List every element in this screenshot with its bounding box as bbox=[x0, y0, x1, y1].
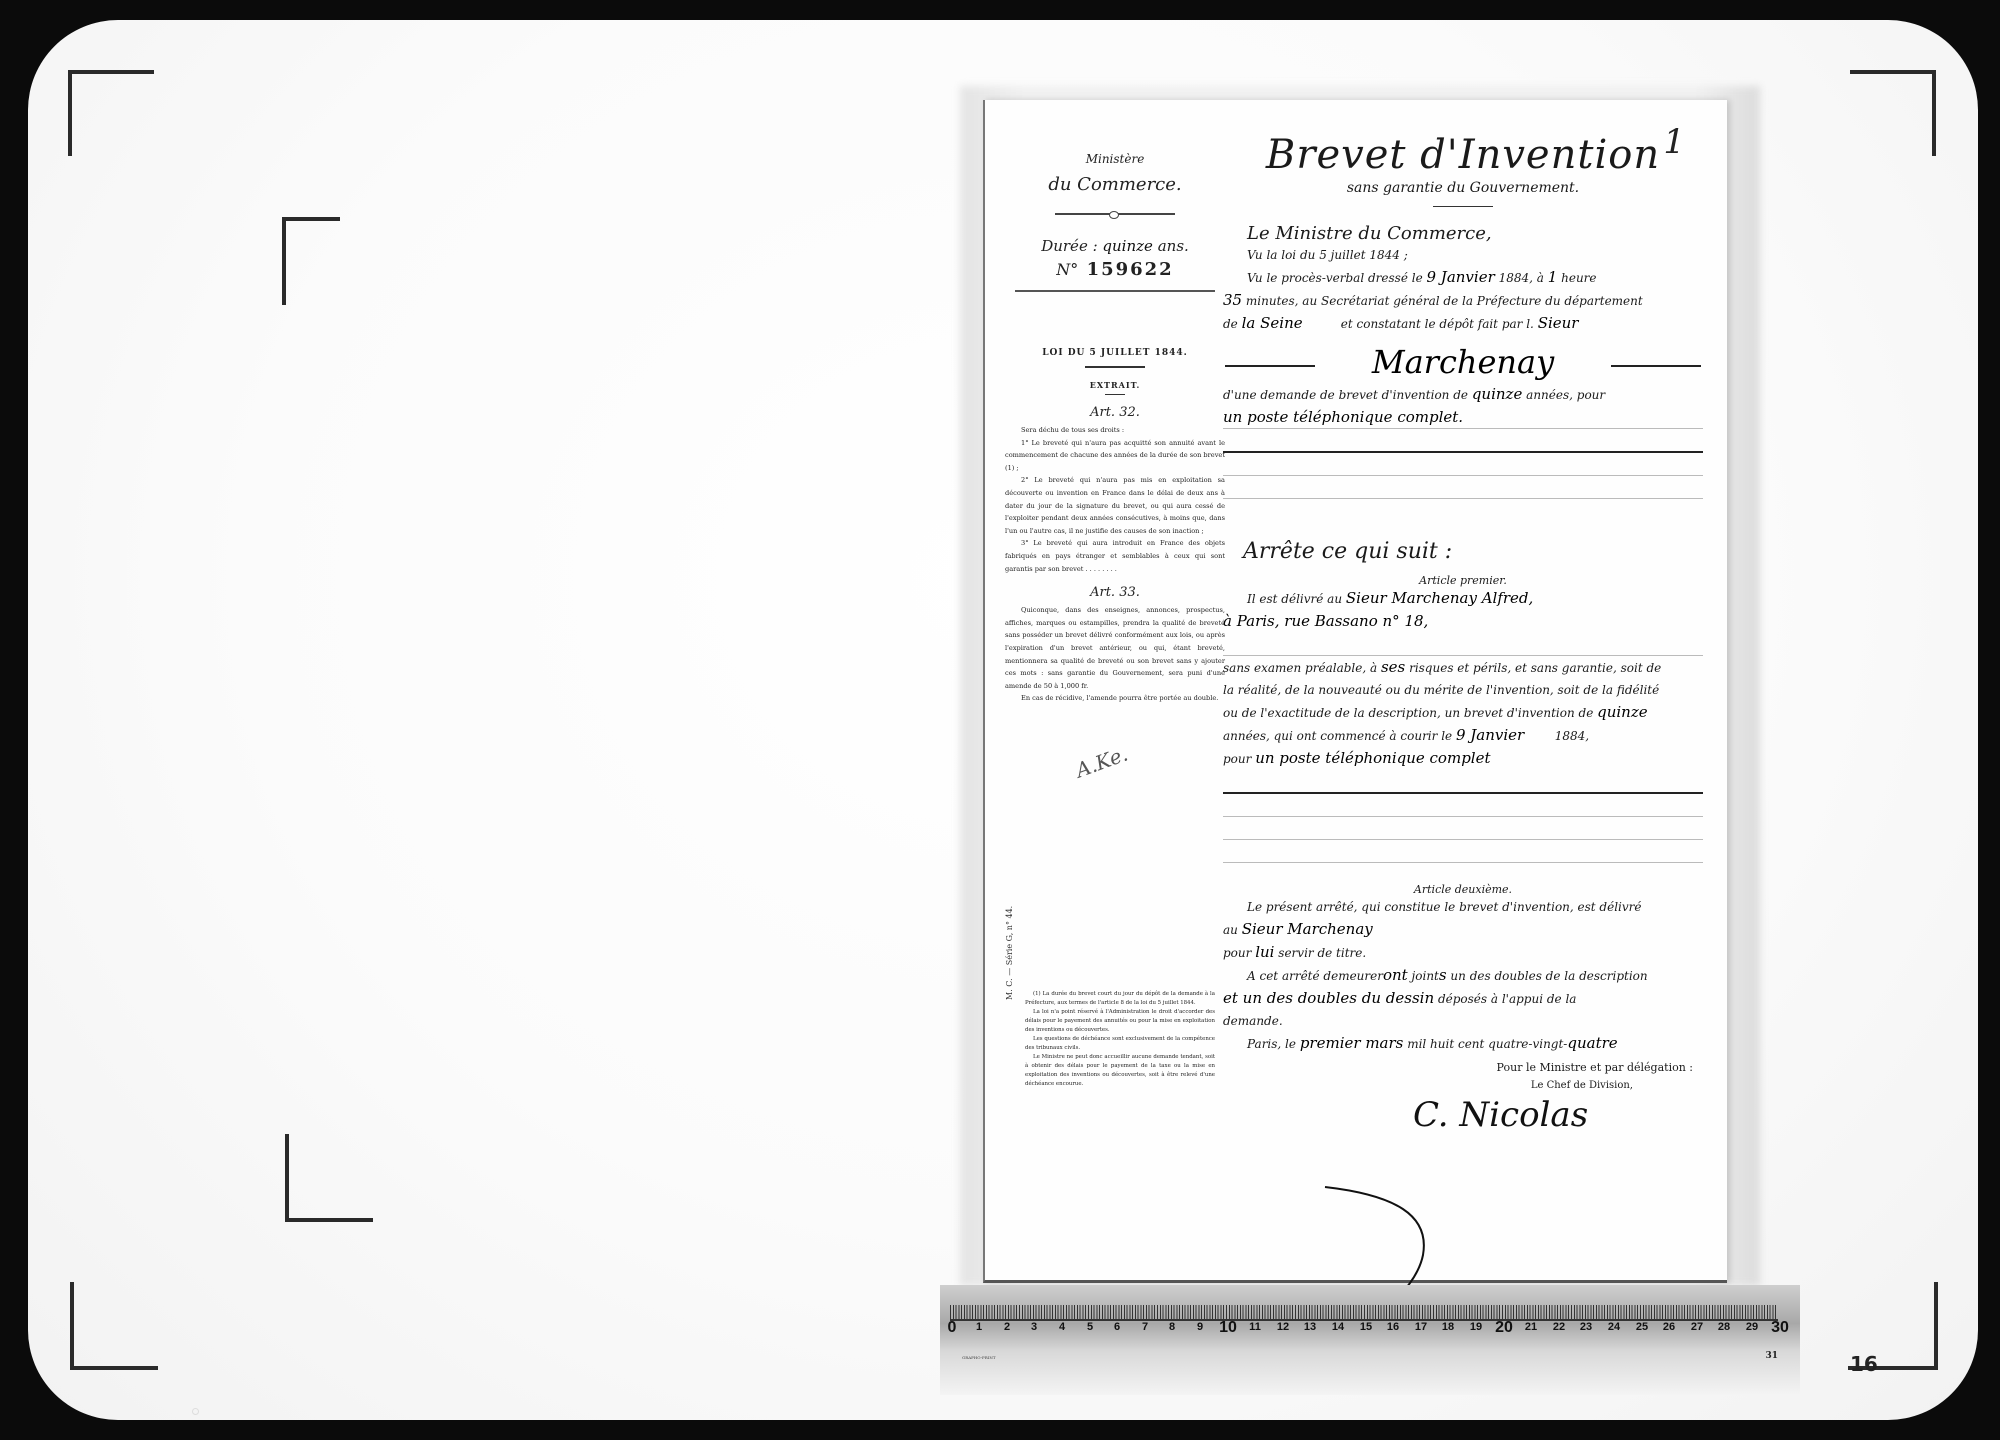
ornamental-rule bbox=[1055, 213, 1175, 215]
depot-text: et constatant le dépôt fait par l. bbox=[1341, 317, 1534, 331]
signature: C. Nicolas bbox=[1413, 1095, 1703, 1135]
ruler-tick-label: 28 bbox=[1718, 1321, 1730, 1333]
article1-heading: Article premier. bbox=[1223, 574, 1703, 587]
ruler-tick-label: 30 bbox=[1771, 1319, 1789, 1337]
art1-date: 9 Janvier bbox=[1456, 726, 1524, 744]
art1-text: ou de l'exactitude de la description, un… bbox=[1223, 706, 1593, 720]
art2-s: s bbox=[1439, 966, 1447, 984]
ruler-tick-label: 8 bbox=[1169, 1321, 1175, 1333]
ruler-tick-label: 12 bbox=[1277, 1321, 1289, 1333]
ruler-tick-label: 21 bbox=[1525, 1321, 1537, 1333]
art2-text: A cet arrêté demeurer bbox=[1247, 969, 1383, 983]
delivre-line: Il est délivré au Sieur Marchenay Alfred… bbox=[1223, 587, 1703, 610]
vu-loi-line: Vu la loi du 5 juillet 1844 ; bbox=[1223, 244, 1703, 266]
numero-label: N° bbox=[1056, 260, 1078, 279]
patent-document: 1 Ministère du Commerce. Durée : quinze … bbox=[983, 100, 1727, 1283]
art2-line-6: demande. bbox=[1223, 1010, 1703, 1032]
pv-year: 1884, à bbox=[1499, 271, 1544, 285]
art1-line-2: la réalité, de la nouveauté ou du mérite… bbox=[1223, 679, 1703, 701]
demande-line: d'une demande de brevet d'invention de q… bbox=[1223, 383, 1703, 406]
art2-line-1: Le présent arrêté, qui constitue le brev… bbox=[1223, 896, 1703, 918]
ruler-tick-label: 17 bbox=[1415, 1321, 1427, 1333]
ruler-tick-label: 0 bbox=[948, 1319, 957, 1337]
divider bbox=[1085, 366, 1145, 368]
address-line: à Paris, rue Bassano n° 18, bbox=[1223, 610, 1703, 633]
ruler-numbers: 0 1 2 3 4 5 6 7 8 9 10 11 12 13 14 15 16… bbox=[940, 1321, 1800, 1341]
demande-suffix: années, pour bbox=[1526, 388, 1605, 402]
art33-title: Art. 33. bbox=[1005, 585, 1225, 600]
art2-pour: pour bbox=[1223, 946, 1251, 960]
article2-heading: Article deuxième. bbox=[1223, 883, 1703, 896]
ruler-tick-label: 11 bbox=[1249, 1321, 1261, 1333]
ruler-tick-label: 10 bbox=[1219, 1319, 1237, 1337]
blank-ruled-line bbox=[1223, 794, 1703, 817]
ruler-tick-label: 26 bbox=[1663, 1321, 1675, 1333]
invention-line: un poste téléphonique complet. bbox=[1223, 406, 1703, 429]
blank-ruled-line bbox=[1223, 817, 1703, 840]
art2-doubles: un des doubles de la description bbox=[1450, 969, 1647, 983]
ruler-tick-label: 13 bbox=[1304, 1321, 1316, 1333]
applicant-address: à Paris, rue Bassano n° 18, bbox=[1223, 612, 1428, 630]
applicant-name: Marchenay bbox=[1223, 343, 1703, 381]
ruler-tick-label: 19 bbox=[1470, 1321, 1482, 1333]
handwritten-initials: A.Ke. bbox=[1073, 742, 1131, 783]
blank-ruled-line bbox=[1223, 633, 1703, 656]
measuring-ruler: 0 1 2 3 4 5 6 7 8 9 10 11 12 13 14 15 16… bbox=[940, 1285, 1800, 1395]
law-paragraph: 2° Le breveté qui n'aura pas mis en expl… bbox=[1005, 474, 1225, 537]
left-column: Ministère du Commerce. Durée : quinze an… bbox=[1005, 140, 1225, 705]
demande-years: quinze bbox=[1472, 385, 1523, 403]
footnotes: (1) La durée du brevet court du jour du … bbox=[1025, 990, 1215, 1089]
arrete-heading: Arrête ce qui suit : bbox=[1243, 539, 1703, 564]
art1-ses: ses bbox=[1381, 658, 1405, 676]
main-column: Brevet d'Invention sans garantie du Gouv… bbox=[1223, 120, 1703, 1135]
duree-label: Durée : bbox=[1041, 237, 1097, 255]
art2-dessin: et un des doubles du dessin bbox=[1223, 989, 1434, 1007]
ruler-tick-label: 1 bbox=[976, 1321, 982, 1333]
registration-mark-outer-top-left bbox=[68, 70, 154, 156]
pv-minutes: 35 bbox=[1223, 291, 1242, 309]
pour-ministre: Pour le Ministre et par délégation : bbox=[1223, 1061, 1703, 1074]
law-paragraph: Sera déchu de tous ses droits : bbox=[1005, 424, 1225, 437]
ruler-tick-label: 4 bbox=[1059, 1321, 1065, 1333]
art2-joint: joint bbox=[1412, 969, 1439, 983]
ruler-tick-label: 29 bbox=[1746, 1321, 1758, 1333]
ruler-tick-label: 22 bbox=[1553, 1321, 1565, 1333]
art33-text: Quiconque, dans des enseignes, annonces,… bbox=[1005, 604, 1225, 705]
ruler-tick-label: 7 bbox=[1142, 1321, 1148, 1333]
extrait-heading: EXTRAIT. bbox=[1005, 380, 1225, 390]
art2-lui: lui bbox=[1255, 943, 1274, 961]
art2-name: Sieur Marchenay bbox=[1242, 920, 1373, 938]
delivre-prefix: Il est délivré au bbox=[1247, 592, 1342, 606]
ruler-maker-label: GRAPHO-PRINT bbox=[962, 1355, 996, 1360]
invention-title: un poste téléphonique complet. bbox=[1223, 408, 1463, 426]
blank-ruled-line bbox=[1223, 476, 1703, 499]
blank-ruled-line bbox=[1223, 429, 1703, 453]
ruler-tick-label: 15 bbox=[1360, 1321, 1372, 1333]
art2-line-5: et un des doubles du dessin déposés à l'… bbox=[1223, 987, 1703, 1010]
ruler-tick-label: 5 bbox=[1087, 1321, 1093, 1333]
ruler-end-mark: 31 bbox=[1765, 1351, 1778, 1361]
date-day-month: premier mars bbox=[1300, 1034, 1404, 1052]
art1-text: risques et périls, et sans garantie, soi… bbox=[1409, 661, 1661, 675]
art1-line-1: sans examen préalable, à ses risques et … bbox=[1223, 656, 1703, 679]
date-prefix: Paris, le bbox=[1247, 1037, 1296, 1051]
departement-line: de la Seine et constatant le dépôt fait … bbox=[1223, 312, 1703, 335]
art2-au: au bbox=[1223, 923, 1238, 937]
document-title: Brevet d'Invention bbox=[1223, 132, 1703, 178]
law-paragraph: Quiconque, dans des enseignes, annonces,… bbox=[1005, 604, 1225, 692]
ruler-tick-label: 2 bbox=[1004, 1321, 1010, 1333]
ruler-tick-label: 23 bbox=[1580, 1321, 1592, 1333]
date-text: mil huit cent quatre-vingt- bbox=[1407, 1037, 1567, 1051]
art1-year: 1884, bbox=[1555, 729, 1589, 743]
chef-division: Le Chef de Division, bbox=[1223, 1080, 1703, 1091]
pv-hour: 1 bbox=[1548, 268, 1558, 286]
date-line: Paris, le premier mars mil huit cent qua… bbox=[1223, 1032, 1703, 1055]
blank-ruled-line bbox=[1223, 770, 1703, 794]
law-paragraph: 3° Le breveté qui aura introduit en Fran… bbox=[1005, 537, 1225, 575]
duree-value: quinze bbox=[1102, 237, 1153, 255]
duree-field: Durée : quinze ans. bbox=[1005, 237, 1225, 255]
registration-mark-inner-top-left bbox=[282, 217, 340, 305]
blank-ruled-line bbox=[1223, 840, 1703, 863]
ruler-tick-label: 14 bbox=[1332, 1321, 1344, 1333]
ruler-tick-label: 20 bbox=[1495, 1319, 1513, 1337]
art1-years: quinze bbox=[1597, 703, 1648, 721]
date-year: quatre bbox=[1567, 1034, 1617, 1052]
art1-line-5: pour un poste téléphonique complet bbox=[1223, 747, 1703, 770]
pv-date: 9 Janvier bbox=[1427, 268, 1495, 286]
art1-invention: un poste téléphonique complet bbox=[1255, 749, 1490, 767]
art1-text: années, qui ont commencé à courir le bbox=[1223, 729, 1452, 743]
ruler-ticks bbox=[950, 1305, 1778, 1321]
numero-value: 159622 bbox=[1087, 259, 1174, 280]
footnote-paragraph: Les questions de déchéance sont exclusiv… bbox=[1025, 1035, 1215, 1053]
proces-verbal-line: Vu le procès-verbal dressé le 9 Janvier … bbox=[1223, 266, 1703, 289]
art2-deposes: déposés à l'appui de la bbox=[1438, 992, 1577, 1006]
footnote-paragraph: La loi n'a point réservé à l'Administrat… bbox=[1025, 1008, 1215, 1035]
art1-text: sans examen préalable, à bbox=[1223, 661, 1377, 675]
duree-unit: ans. bbox=[1158, 237, 1189, 255]
pv-prefix: Vu le procès-verbal dressé le bbox=[1247, 271, 1423, 285]
sieur-label: Sieur bbox=[1538, 314, 1579, 332]
law-paragraph: En cas de récidive, l'amende pourra être… bbox=[1005, 692, 1225, 705]
commerce-label: du Commerce. bbox=[1005, 174, 1225, 195]
registration-mark-outer-top-right bbox=[1850, 70, 1936, 156]
law-paragraph: 1° Le breveté qui n'aura pas acquitté so… bbox=[1005, 437, 1225, 475]
art2-ont: ont bbox=[1383, 966, 1408, 984]
loi-title: LOI DU 5 JUILLET 1844. bbox=[1005, 348, 1225, 358]
registration-mark-inner-bottom-left bbox=[285, 1134, 373, 1222]
serie-reference: M. C. — Série G, n° 44. bbox=[1005, 906, 1014, 1000]
document-subtitle: sans garantie du Gouvernement. bbox=[1223, 180, 1703, 196]
ruler-tick-label: 6 bbox=[1114, 1321, 1120, 1333]
minutes-line: 35 minutes, au Secrétariat général de la… bbox=[1223, 289, 1703, 312]
footnote-paragraph: (1) La durée du brevet court du jour du … bbox=[1025, 990, 1215, 1008]
dust-speck bbox=[192, 1408, 199, 1415]
pv-minutes-text: minutes, au Secrétariat général de la Pr… bbox=[1246, 294, 1643, 308]
art2-servir: servir de titre. bbox=[1278, 946, 1366, 960]
departement-value: la Seine bbox=[1242, 314, 1303, 332]
art2-line-4: A cet arrêté demeureront joints un des d… bbox=[1223, 964, 1703, 987]
art2-line-3: pour lui servir de titre. bbox=[1223, 941, 1703, 964]
patent-number: N° 159622 bbox=[1005, 259, 1225, 280]
ruler-tick-label: 9 bbox=[1197, 1321, 1203, 1333]
art32-text: Sera déchu de tous ses droits : 1° Le br… bbox=[1005, 424, 1225, 575]
divider bbox=[1015, 290, 1215, 292]
registration-mark-outer-bottom-left bbox=[70, 1282, 158, 1370]
ruler-tick-label: 27 bbox=[1691, 1321, 1703, 1333]
ruler-tick-label: 18 bbox=[1442, 1321, 1454, 1333]
art1-line-4: années, qui ont commencé à courir le 9 J… bbox=[1223, 724, 1703, 747]
ruler-tick-label: 25 bbox=[1636, 1321, 1648, 1333]
de-label: de bbox=[1223, 317, 1238, 331]
art1-pour: pour bbox=[1223, 752, 1251, 766]
ministere-label: Ministère bbox=[1005, 152, 1225, 166]
footnote-paragraph: Le Ministre ne peut donc accueillir aucu… bbox=[1025, 1053, 1215, 1089]
ruler-tick-label: 24 bbox=[1608, 1321, 1620, 1333]
art32-title: Art. 32. bbox=[1005, 405, 1225, 420]
pv-hour-label: heure bbox=[1561, 271, 1596, 285]
plate-number: 16 bbox=[1850, 1352, 1878, 1376]
demande-text: d'une demande de brevet d'invention de bbox=[1223, 388, 1468, 402]
ruler-tick-label: 3 bbox=[1031, 1321, 1037, 1333]
art1-line-3: ou de l'exactitude de la description, un… bbox=[1223, 701, 1703, 724]
divider bbox=[1433, 206, 1493, 207]
divider bbox=[1105, 394, 1125, 395]
ruler-tick-label: 16 bbox=[1387, 1321, 1399, 1333]
minister-heading: Le Ministre du Commerce, bbox=[1247, 223, 1703, 244]
blank-ruled-line bbox=[1223, 453, 1703, 476]
delivre-name: Sieur Marchenay Alfred, bbox=[1346, 589, 1533, 607]
art2-line-2: au Sieur Marchenay bbox=[1223, 918, 1703, 941]
